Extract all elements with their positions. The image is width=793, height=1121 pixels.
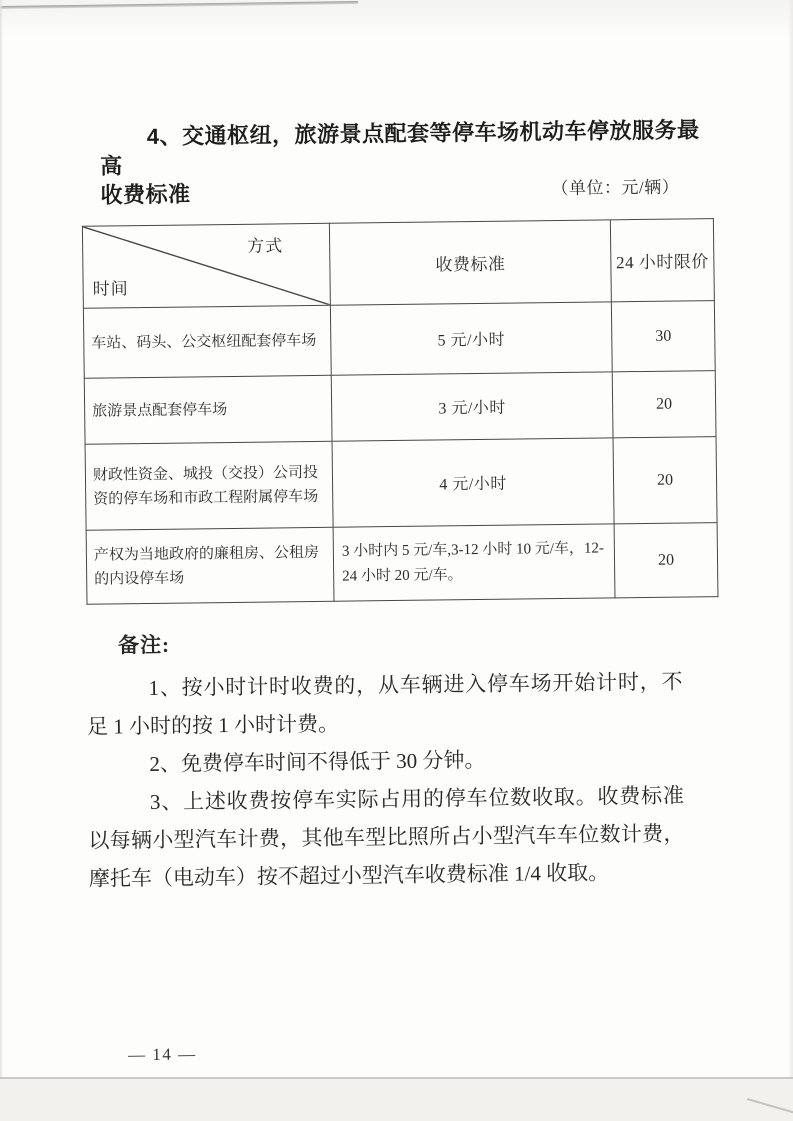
- cell-fee: 3 小时内 5 元/车,3-12 小时 10 元/车，12-24 小时 20 元…: [333, 524, 615, 601]
- header-fee-standard: 收费标准: [329, 220, 611, 305]
- corner-label-time: 时间: [92, 274, 128, 299]
- cell-category: 产权为当地政府的廉租房、公租房的内设停车场: [86, 527, 334, 604]
- table-row: 旅游景点配套停车场 3 元/小时 20: [84, 371, 716, 445]
- table-row: 车站、码头、公交枢纽配套停车场 5 元/小时 30: [83, 301, 715, 379]
- cell-fee: 5 元/小时: [330, 302, 612, 375]
- document-content: 4、交通枢纽，旅游景点配套等停车场机动车停放服务最高 收费标准 （单位：元/辆）…: [0, 0, 793, 1121]
- scan-left-edge: [0, 0, 3, 1121]
- unit-note: （单位：元/辆）: [551, 177, 679, 201]
- page-number: — 14 —: [128, 1044, 197, 1065]
- table-header-row: 方式 时间 收费标准 24 小时限价: [82, 219, 714, 309]
- notes-section: 备注: 1、按小时计时收费的，从车辆进入停车场开始计时，不足 1 小时的按 1 …: [86, 626, 685, 898]
- cell-cap: 20: [614, 523, 718, 598]
- scan-right-edge: [788, 0, 793, 1121]
- table-header-corner-cell: 方式 时间: [82, 223, 330, 308]
- cell-cap: 20: [612, 371, 716, 438]
- cell-cap: 30: [611, 301, 715, 372]
- scan-bottom-shade: [0, 1079, 793, 1121]
- title-line-1: 4、交通枢纽，旅游景点配套等停车场机动车停放服务最高: [100, 115, 705, 180]
- notes-label: 备注:: [118, 626, 682, 659]
- cell-category: 旅游景点配套停车场: [84, 375, 332, 444]
- fee-table: 方式 时间 收费标准 24 小时限价 车站、码头、公交枢纽配套停车场 5 元/小…: [82, 218, 719, 605]
- note-item-3: 3、上述收费按停车实际占用的停车位数收取。收费标准以每辆小型汽车计费，其他车型比…: [88, 777, 685, 898]
- cell-category: 车站、码头、公交枢纽配套停车场: [83, 305, 331, 378]
- cell-category: 财政性资金、城投（交投）公司投资的停车场和市政工程附属停车场: [85, 441, 333, 530]
- cell-cap: 20: [613, 437, 717, 524]
- corner-label-method: 方式: [247, 231, 283, 256]
- table-row: 财政性资金、城投（交投）公司投资的停车场和市政工程附属停车场 4 元/小时 20: [85, 437, 717, 531]
- scanned-document-page: 4、交通枢纽，旅游景点配套等停车场机动车停放服务最高 收费标准 （单位：元/辆）…: [0, 0, 793, 1121]
- header-daily-cap: 24 小时限价: [610, 219, 714, 302]
- cell-fee: 3 元/小时: [331, 372, 613, 441]
- table-row: 产权为当地政府的廉租房、公租房的内设停车场 3 小时内 5 元/车,3-12 小…: [86, 523, 718, 605]
- cell-fee: 4 元/小时: [332, 438, 614, 527]
- note-item-1: 1、按小时计时收费的，从车辆进入停车场开始计时，不足 1 小时的按 1 小时计费…: [86, 663, 683, 746]
